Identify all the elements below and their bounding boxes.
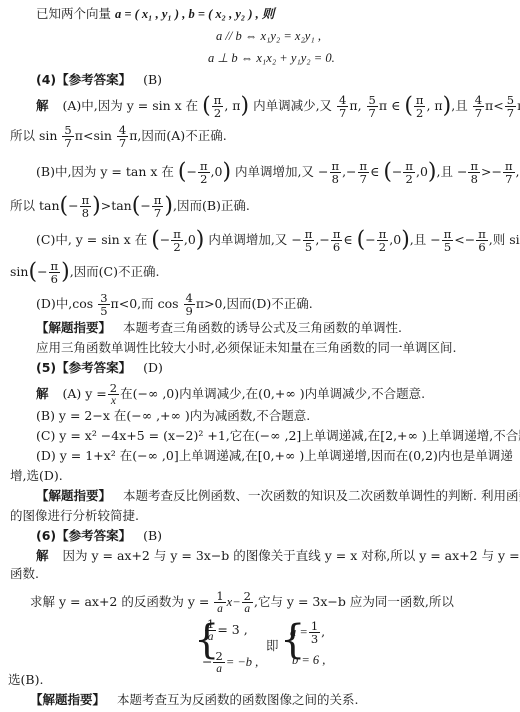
intro-vectors: 已知两个向量 a = ( x₁ , y₁ ) , b = ( x₂ , y₂ )… bbox=[36, 6, 274, 22]
q5-answer: (D) bbox=[143, 360, 163, 375]
hint-label: 【解题指要】 bbox=[36, 488, 111, 503]
q4-header: (4)【参考答案】 (B) bbox=[36, 72, 162, 88]
q4-A-line2: 所以 sin 57π<sin 47π,因而(A)不正确. bbox=[10, 124, 227, 149]
parallel-condition: a // b ⇔ x₁y₂ = x₂y₁ , bbox=[216, 28, 321, 44]
q5-A: 解 (A) y =2x在(−∞ ,0)内单调减少,在(0,+∞ )内单调减少,不… bbox=[36, 382, 425, 407]
q4-C-line1: (C)中, y = sin x 在 (−π2,0) 内单调增加,又 −π5,−π… bbox=[36, 228, 520, 253]
q4-B-line2: 所以 tan(−π8)>tan(−π7),因而(B)正确. bbox=[10, 194, 250, 219]
q5-B: (B) y = 2−x 在(−∞ ,+∞ )内为减函数,不合题意. bbox=[36, 408, 310, 424]
q6-line2: 函数. bbox=[10, 566, 39, 582]
q4-C-line2: sin(−π6),因而(C)不正确. bbox=[10, 260, 159, 285]
q5-D2: 增,选(D). bbox=[10, 468, 63, 484]
solution-label: 解 bbox=[36, 98, 49, 113]
q5-label: (5)【参考答案】 bbox=[36, 360, 131, 375]
vector-definition: a = ( x₁ , y₁ ) , b = ( x₂ , y₂ ) , 则 bbox=[115, 7, 274, 21]
q5-header: (5)【参考答案】 (D) bbox=[36, 360, 163, 376]
q4-hint: 【解题指要】 本题考查三角函数的诱导公式及三角函数的单调性. bbox=[36, 320, 402, 336]
hint-label: 【解题指要】 bbox=[30, 692, 105, 707]
q5-D1: (D) y = 1+x² 在(−∞ ,0]上单调递减,在[0,+∞ )上单调递增… bbox=[36, 448, 513, 464]
q6-line1: 解 因为 y = ax+2 与 y = 3x−b 的图像关于直线 y = x 对… bbox=[36, 548, 520, 564]
q4-answer: (B) bbox=[143, 72, 162, 87]
hint-label: 【解题指要】 bbox=[36, 320, 111, 335]
system-eq1: 1a= 3 , bbox=[204, 618, 248, 643]
fraction: ππ2 bbox=[212, 94, 224, 119]
q4-B-line1: (B)中,因为 y = tan x 在 (−π2,0) 内单调增加,又 −π8,… bbox=[36, 160, 520, 185]
q6-header: (6)【参考答案】 (B) bbox=[36, 528, 162, 544]
q4-label: (4)【参考答案】 bbox=[36, 72, 131, 87]
text: (A)中,因为 y = sin x 在 bbox=[63, 98, 199, 113]
result-a: a =13, bbox=[290, 620, 325, 645]
q6-hint: 【解题指要】 本题考查互为反函数的函数图像之间的关系. bbox=[30, 692, 358, 708]
q5-C: (C) y = x² −4x+5 = (x−2)² +1,它在(−∞ ,2]上单… bbox=[36, 428, 520, 444]
q5-hint: 【解题指要】 本题考查反比例函数、一次函数的知识及二次函数单调性的判断. 利用函… bbox=[36, 488, 520, 504]
intro-text: 已知两个向量 bbox=[36, 6, 111, 21]
q6-answer: (B) bbox=[143, 528, 162, 543]
text: 内单调减少,又 bbox=[253, 98, 332, 113]
q4-hint-2: 应用三角函数单调性比较大小时,必须保证未知量在三角函数的同一单调区间. bbox=[36, 340, 456, 356]
q4-D-line: (D)中,cos 35π<0,而 cos 49π>0,因而(D)不正确. bbox=[36, 292, 313, 317]
ji-label: 即 bbox=[266, 638, 279, 654]
q5-hint-2: 的图像进行分析较简捷. bbox=[10, 508, 139, 524]
perpendicular-condition: a ⊥ b ⇔ x₁x₂ + y₁y₂ = 0. bbox=[208, 50, 335, 66]
result-b: b = 6 , bbox=[292, 652, 325, 668]
q4-A-line1: 解 (A)中,因为 y = sin x 在 (ππ2, π) 内单调减少,又 4… bbox=[36, 94, 520, 119]
q6-choose: 选(B). bbox=[8, 672, 43, 688]
q6-label: (6)【参考答案】 bbox=[36, 528, 131, 543]
q6-solve: 求解 y = ax+2 的反函数为 y = 1ax−2a,它与 y = 3x−b… bbox=[30, 590, 454, 615]
system-eq2: −2a= −b , bbox=[202, 650, 258, 675]
